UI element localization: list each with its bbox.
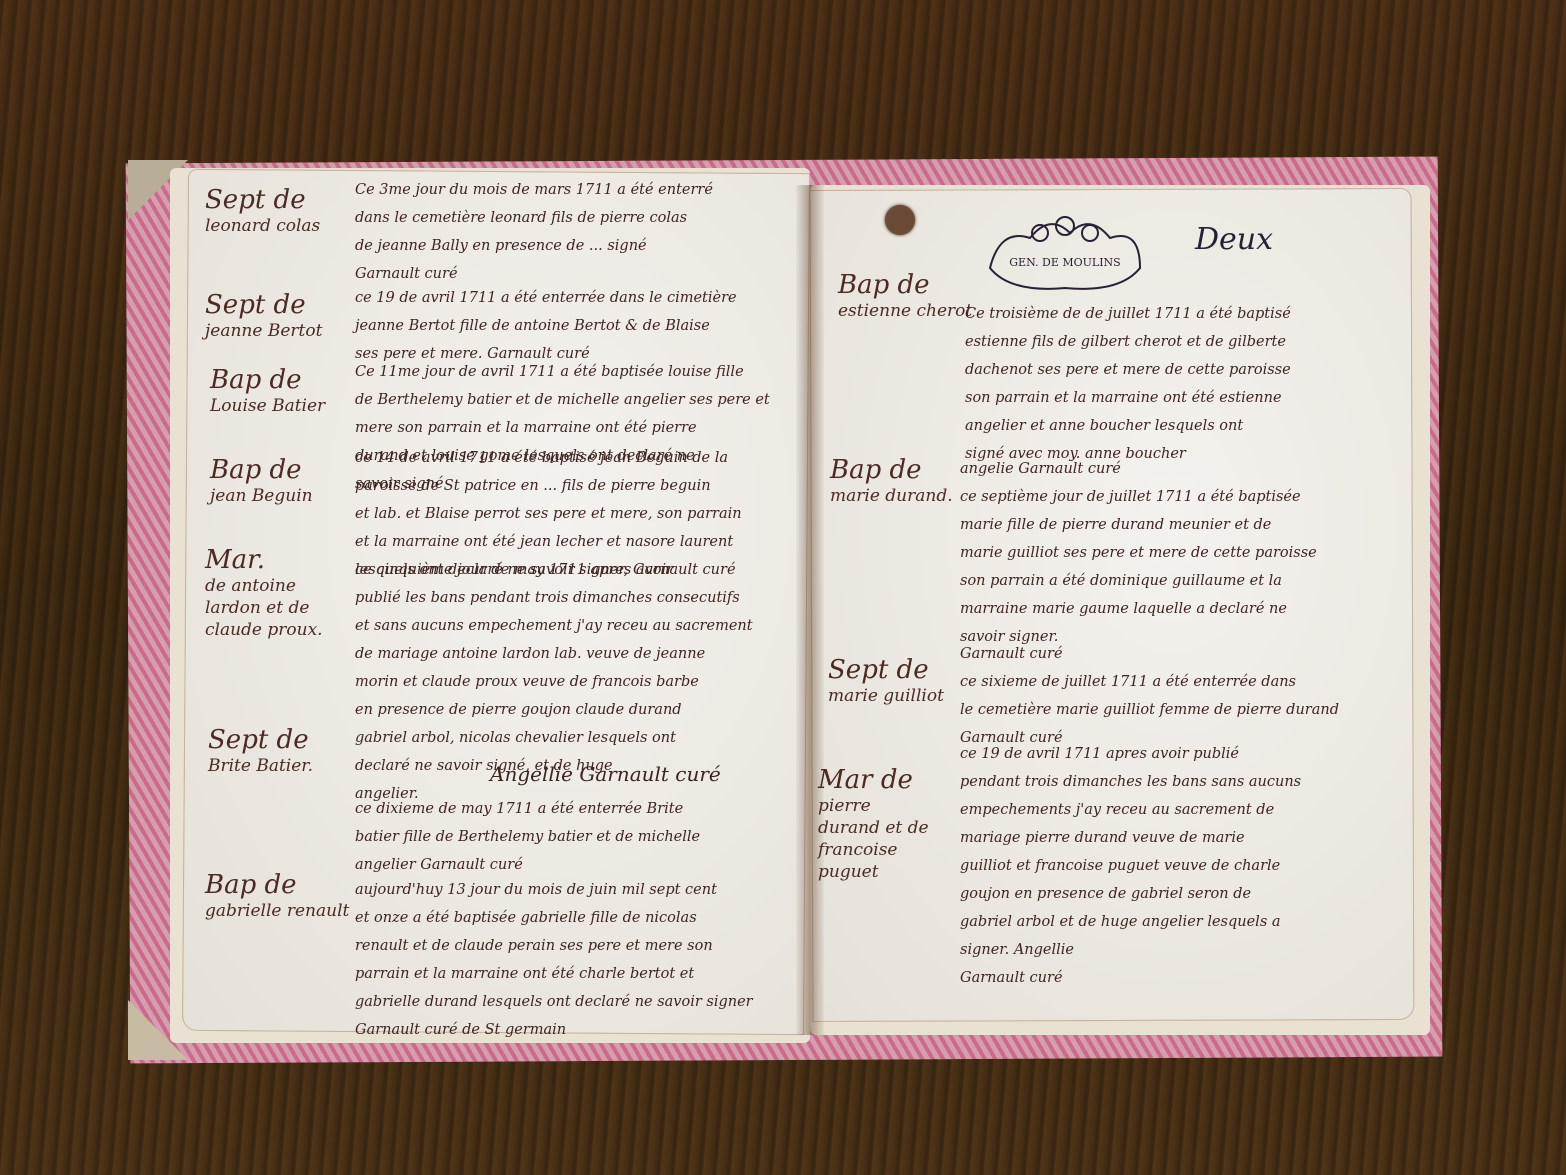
margin-note: Sept deBrite Batier. bbox=[208, 725, 313, 777]
margin-note: Bap dejean Beguin bbox=[210, 455, 313, 507]
margin-note: Sept demarie guilliot bbox=[828, 655, 944, 707]
register-entry: aujourd'huy 13 jour du mois de juin mil … bbox=[355, 876, 795, 1044]
priest-signature: Angellie Garnault curé bbox=[490, 762, 721, 786]
margin-note: Bap deLouise Batier bbox=[210, 365, 325, 417]
register-entry: Garnault curé ce sixieme de juillet 1711… bbox=[960, 640, 1400, 752]
margin-note: Bap deestienne cherot bbox=[838, 270, 972, 322]
book-gutter bbox=[796, 185, 824, 1035]
register-entry: ce 19 de avril 1711 a été enterrée dans … bbox=[355, 284, 795, 368]
register-entry: ce dixieme de may 1711 a été enterrée Br… bbox=[355, 795, 795, 879]
margin-note: Mar.de antoine lardon et de claude proux… bbox=[205, 545, 335, 641]
folio-label: Deux bbox=[1195, 222, 1273, 257]
register-entry: Ce troisième de de juillet 1711 a été ba… bbox=[965, 300, 1395, 468]
margin-note: Sept deleonard colas bbox=[205, 185, 320, 237]
register-entry: angelie Garnault curé ce septième jour d… bbox=[960, 455, 1400, 651]
svg-text:GEN. DE MOULINS: GEN. DE MOULINS bbox=[1009, 256, 1120, 269]
register-entry: Ce 3me jour du mois de mars 1711 a été e… bbox=[355, 176, 795, 288]
margin-note: Bap demarie durand. bbox=[830, 455, 953, 507]
paper-hole bbox=[885, 205, 915, 235]
margin-note: Mar depierre durand et de francoise pugu… bbox=[818, 765, 938, 883]
margin-note: Bap degabrielle renault bbox=[205, 870, 349, 922]
tax-stamp-icon: GEN. DE MOULINS bbox=[980, 208, 1150, 298]
register-entry: ce 19 de avril 1711 apres avoir publié p… bbox=[960, 740, 1400, 992]
margin-note: Sept dejeanne Bertot bbox=[205, 290, 322, 342]
